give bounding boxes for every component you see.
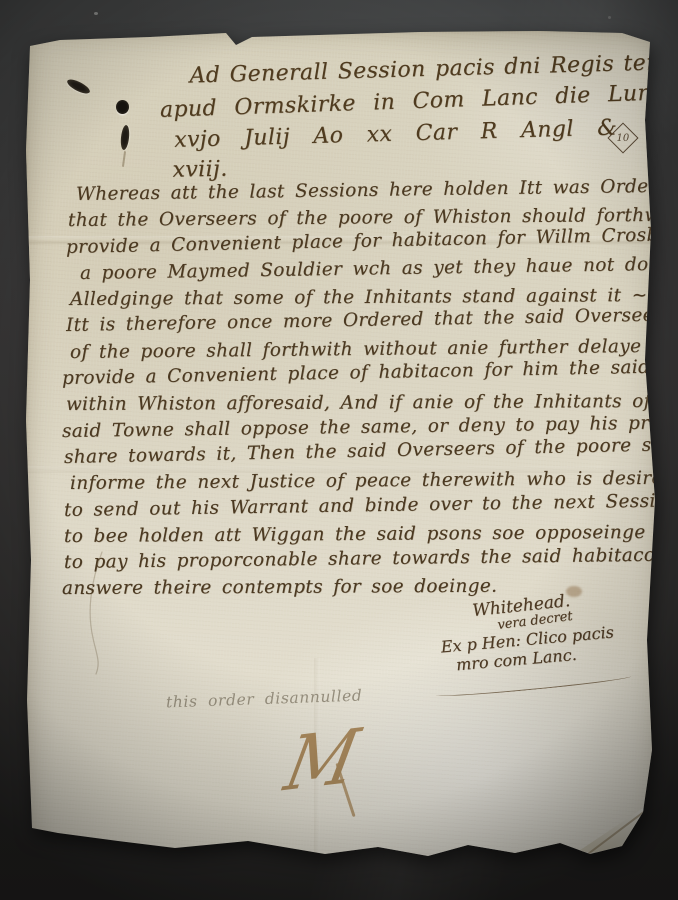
- photo-backdrop: 10 Ad Generall Session pacis dni Regis t…: [0, 0, 678, 900]
- corner-fold: [578, 800, 650, 856]
- paper-slit-hole: [65, 77, 91, 96]
- dust-speck: [94, 12, 98, 15]
- corner-fold-line: [587, 811, 644, 855]
- paper-tear-crease: [122, 151, 126, 167]
- dust-speck: [608, 16, 611, 19]
- text-line: to pay his proporconable share towards t…: [64, 543, 642, 576]
- paper-round-hole: [116, 100, 129, 114]
- paper-slit-hole: [120, 125, 131, 151]
- ink-flourish: M: [288, 728, 356, 794]
- signature-flourish-underline: [436, 672, 632, 699]
- endorsement-note: this order disannulled: [166, 687, 363, 712]
- manuscript-page: 10 Ad Generall Session pacis dni Regis t…: [26, 30, 660, 878]
- order-body-text: Whereas att the last Sessions here holde…: [62, 182, 642, 603]
- clerk-attestation: Whitehead. vera decret Ex p Hen: Clico p…: [438, 590, 616, 674]
- flourish-mark: M: [279, 719, 364, 803]
- manuscript-page-wrap: 10 Ad Generall Session pacis dni Regis t…: [26, 30, 660, 878]
- latin-heading: Ad Generall Session pacis dni Regis tent…: [159, 51, 671, 184]
